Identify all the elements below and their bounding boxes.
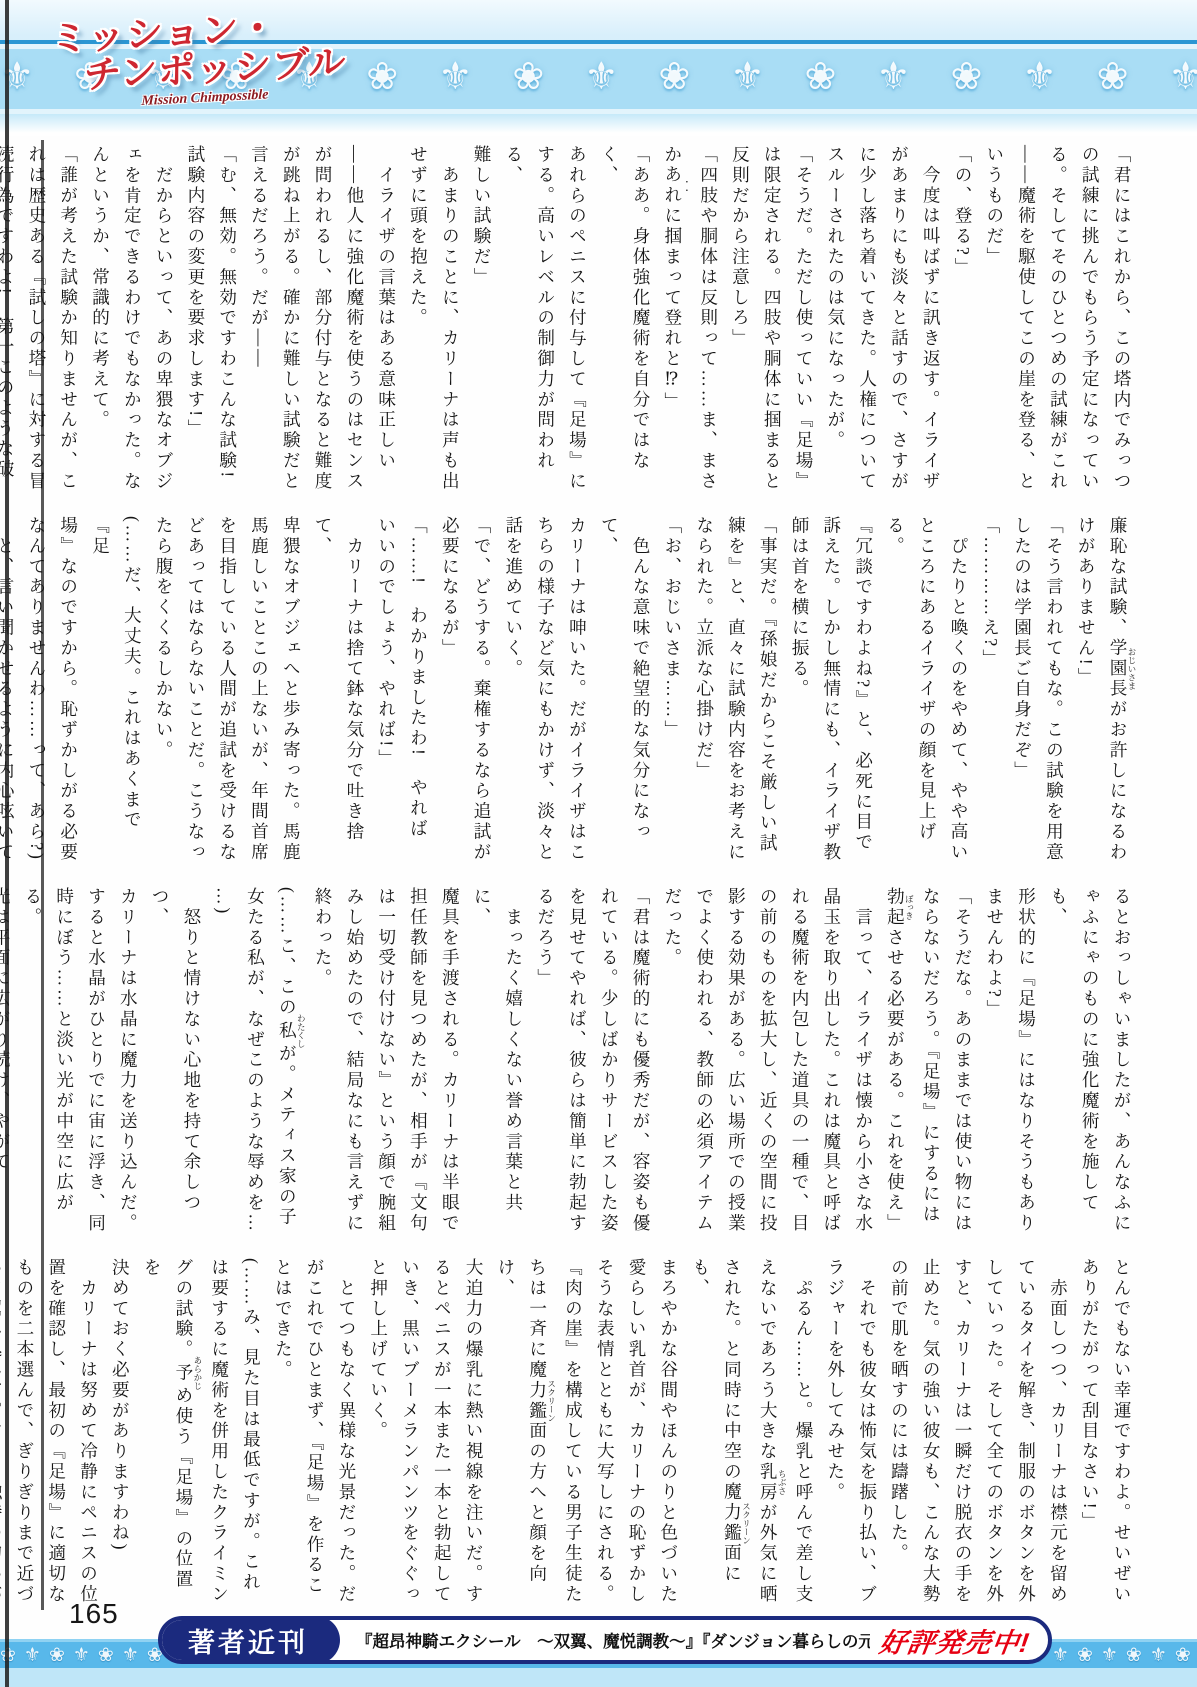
text-column: あれらのペニスに付与して『足場』に [561, 145, 593, 495]
text-column: どあってはならないことだ。こうなっ [179, 516, 211, 866]
text-column: 「む、無効。無効ですわこんな試験! [211, 145, 243, 495]
text-column: えないであろう大きな乳房ちぶさが外気に晒 [751, 1258, 787, 1608]
text-column: ませんわよ?」 [978, 887, 1010, 1237]
text-column: 話を進めていく。 [497, 516, 529, 866]
text-column: 勃起ぼっきさせる必要がある。これを使え」 [879, 887, 915, 1237]
text-column: 怒りと情けない心地を持て余しつつ、 [143, 887, 207, 1237]
text-column: 決めておく必要がありますわね) [104, 1258, 136, 1608]
text-column: があまりにも淡々と話すので、さすが [883, 145, 915, 495]
text-column: 時にぼう……と淡い光が中空に広がる。 [16, 887, 80, 1237]
text-column: 止めた。気の強い彼女も、こんな大勢 [914, 1258, 946, 1608]
text-column: れる魔術を内包した道具の一種で、目 [783, 887, 815, 1237]
text-column: 「君は魔術的にも優秀だが、容姿も優 [624, 887, 656, 1237]
text-column: 赤面しつつ、カリーナは襟元を留め [1042, 1258, 1074, 1608]
text-column: 『肉の崖』を構成している男子生徒た [557, 1258, 589, 1608]
text-column: るとおっしゃいましたが、あんなふに [1105, 887, 1137, 1237]
text-column: なんてありませんわ……って、あら?) [20, 516, 52, 866]
text-column: みし始めたので、結局なにも言えずに [338, 887, 370, 1237]
bottom-strip [0, 1668, 1197, 1687]
text-column: 「四肢や胴体は反則って……ま、まさ [692, 145, 724, 495]
text-column: 今度は叫ばずに訊き返す。イライザ [914, 145, 946, 495]
text-column: とてつもなく異様な光景だった。だ [330, 1258, 362, 1608]
text-column: すると水晶がひとりでに宙に浮き、同 [80, 887, 112, 1237]
text-column: 「ああ。身体強化魔術を自分ではなく、 [592, 145, 656, 495]
scanned-novel-page: ⚜ ❀ ⚜ ❀ ⚜ ❀ ⚜ ❀ ⚜ ❀ ⚜ ❀ ⚜ ❀ ⚜ ❀ ⚜ ❀ ⚜ ❀ … [0, 0, 1197, 1687]
text-column: 反則だから注意しろ」 [724, 145, 756, 495]
text-column: 担任教師を見つめたが、相手が『文句 [402, 887, 434, 1237]
text-column: いいのでしょう、やれば!」 [370, 516, 402, 866]
text-column: 涜行為ですわよ! 第一このような破 [0, 145, 20, 495]
text-column: がこれでひとまず、『足場』を作るこ [298, 1258, 330, 1608]
text-column: ところにあるイライザの顔を見上げる。 [879, 516, 943, 866]
text-column: なられた。立派な心掛けだ」 [688, 516, 720, 866]
text-column: された。と同時に中空の魔力鑑面スクリーンにも、 [684, 1258, 752, 1608]
page-scan-edge [5, 0, 9, 1687]
book-titles: 『超昂神騎エクシール 〜双翼、魔悦調教〜』『ダンジョン暮らしの元勇者』1〜3巻 [340, 1628, 870, 1652]
header-banner: ⚜ ❀ ⚜ ❀ ⚜ ❀ ⚜ ❀ ⚜ ❀ ⚜ ❀ ⚜ ❀ ⚜ ❀ ⚜ ❀ ⚜ ❀ … [0, 0, 1197, 136]
text-column: (……だ、大丈夫。これはあくまで『足 [84, 516, 148, 866]
text-column: 大迫力の爆乳に熱い視線を注いだ。す [457, 1258, 489, 1608]
text-column: ちは一斉に魔力鑑面スクリーンの方へと顔を向け、 [489, 1258, 557, 1608]
text-column: していった。そして全てのボタンを外 [978, 1258, 1010, 1608]
text-column: する。高いレベルの制御力が問われる、 [497, 145, 561, 495]
text-column: を目指している人間が追試を受けるな [211, 516, 243, 866]
text-band-1: 「君にはこれから、この塔内でみっつの試練に挑んでもらう予定になっている。そしてそ… [55, 145, 1137, 495]
text-column: カリーナは呻いた。だがイライザはこ [561, 516, 593, 866]
text-column: 「そう言われてもな。この試験を用意 [1038, 516, 1070, 866]
text-column: 「お、おじいさま……」 [656, 516, 688, 866]
text-column: るとペニスが一本また一本と勃起して [425, 1258, 457, 1608]
text-column: 色んな意味で絶望的な気分になって、 [592, 516, 656, 866]
text-column: とんでもない幸運ですわよ。せいぜい [1105, 1258, 1137, 1608]
text-column: の試練に挑んでもらう予定になってい [1073, 145, 1105, 495]
text-column: 「事実だ。『孫娘だからこそ厳しい試 [751, 516, 783, 866]
text-column: 訴えた。しかし無情にも、イライザ教 [815, 516, 847, 866]
text-column: まろやかな谷間やほんのりと色づいた [652, 1258, 684, 1608]
text-column: 練を』と、直々に試験内容をお考えに [720, 516, 752, 866]
text-column: ぴたりと喚くのをやめて、やや高い [942, 516, 974, 866]
text-column: せずに頭を抱えた。 [402, 145, 434, 495]
text-column: (……み、見た目は最低ですが。これ [235, 1258, 267, 1608]
text-column: ェを肯定できるわけでもなかった。な [116, 145, 148, 495]
text-column: 必要になるが」 [433, 516, 465, 866]
text-column: …) [207, 887, 239, 1237]
text-column: それでも彼女は怖気を振り払い、ブ [851, 1258, 883, 1608]
text-column: に少し落ち着いてきた。人権について [851, 145, 883, 495]
text-column: あまりのことに、カリーナは声も出 [433, 145, 465, 495]
text-column: (……こ、この私わたくしが。メティス家の子 [270, 887, 306, 1237]
logo: ミッション・ チンポッシブル Mission Chimpossible [49, 4, 347, 115]
text-column: 場』なのですから。恥ずかしがる必要 [52, 516, 84, 866]
text-column: 影する効果がある。広い場所での授業 [720, 887, 752, 1237]
text-column: 「で、どうする。棄権するなら追試が [465, 516, 497, 866]
text-column: かあれ・・に掴まって登れと⁉」 [656, 145, 692, 495]
text-column: ゃふにゃのものに強化魔術を施しても、 [1042, 887, 1106, 1237]
text-column: 難しい試験だ」 [465, 145, 497, 495]
text-column: の前で肌を晒すのには躊躇した。 [883, 1258, 915, 1608]
on-sale-badge: 好評発売中! [867, 1621, 1050, 1660]
text-column: 晶玉を取り出した。これは魔具と呼ば [815, 887, 847, 1237]
banner-fade [0, 114, 1197, 136]
text-column: を見せてやれば、彼らは簡単に勃起す [561, 887, 593, 1237]
text-column: イライザの言葉はある意味正しい [370, 145, 402, 495]
text-column: 「そうだな。あのままでは使い物には [946, 887, 978, 1237]
text-column: まったく嬉しくない誉め言葉と共に、 [465, 887, 529, 1237]
text-column: 置を確認し、最初の『足場』に適切な [40, 1258, 72, 1608]
text-band-4: とんでもない幸運ですわよ。せいぜいありがたがって刮目なさい!」 赤面しつつ、カリ… [55, 1258, 1137, 1608]
text-column: 言えるだろう。だが―― [243, 145, 275, 495]
text-column: 試験内容の変更を要求します!」 [179, 145, 211, 495]
text-column: 廉恥な試験、学園長おじいさまがお許しになるわ [1101, 516, 1137, 866]
text-column: カリーナは捨て鉢な気分で吐き捨て、 [306, 516, 370, 866]
text-column: が跳ね上がる。確かに難しい試験だと [274, 145, 306, 495]
text-column: ――他人に強化魔術を使うのはセンス [338, 145, 370, 495]
text-column: 「君にはこれから、この塔内でみっつ [1105, 145, 1137, 495]
text-column: 「…………え?」 [974, 516, 1006, 866]
text-column: 師は首を横に振る。 [783, 516, 815, 866]
text-column: そうな表情とともに大写しにされる。 [588, 1258, 620, 1608]
text-column: 『冗談ですわよね?』と、必死に目で [847, 516, 879, 866]
text-column: スルーされたのは気になったが。 [819, 145, 851, 495]
text-column: は一切受け付けない』という顔で腕組 [370, 887, 402, 1237]
text-column: は限定される。四肢や胴体に掴まると [755, 145, 787, 495]
text-column: 「そうだ。ただし使っていい『足場』 [787, 145, 819, 495]
text-column: ちらの様子など気にもかけず、淡々と [529, 516, 561, 866]
text-column: グの試験。予あらかじめ使う『足場』の位置を [135, 1258, 203, 1608]
text-column: 馬鹿しいことこの上ないが、年間首席 [243, 516, 275, 866]
text-column: したのは学園長ご自身だぞ」 [1006, 516, 1038, 866]
text-column: ぷるん……と。爆乳と呼んで差し支 [787, 1258, 819, 1608]
text-column: ありがたがって刮目なさい!」 [1073, 1258, 1105, 1608]
text-band-2: 廉恥な試験、学園長おじいさまがお許しになるわけがありません!」「そう言われてもな… [55, 516, 1137, 866]
text-column: 終わった。 [306, 887, 338, 1237]
text-column: 形状的に『足場』にはなりそうもあり [1010, 887, 1042, 1237]
text-column: 「……! わかりましたわ! やれば [402, 516, 434, 866]
text-column: るだろう」 [529, 887, 561, 1237]
text-column: ならないだろう。『足場』にするには [914, 887, 946, 1237]
text-column: 「誰が考えた試験か知りませんが、こ [52, 145, 84, 495]
publisher-bar: 著者近刊 『超昂神騎エクシール 〜双翼、魔悦調教〜』『ダンジョン暮らしの元勇者』… [158, 1616, 1052, 1664]
text-column: る。そしてそのひとつめの試練がこれ [1042, 145, 1074, 495]
text-column: 「の、登る?」 [946, 145, 978, 495]
text-column: 愛らしい乳首が、カリーナの恥ずかし [620, 1258, 652, 1608]
text-column: けがありません!」 [1069, 516, 1101, 866]
text-column: いき、黒いブーメランパンツをぐぐっ [394, 1258, 426, 1608]
text-column: カリーナは水晶に魔力を送り込んだ。 [112, 887, 144, 1237]
text-column: と、言い聞かせるように内心呟いて [0, 516, 20, 866]
text-column: の前のものを拡大し、近くの空間に投 [751, 887, 783, 1237]
text-column: ものを二本選んで、ぎりぎりまで近づ [8, 1258, 40, 1608]
text-column: が問われるし、部分付与となると難度 [306, 145, 338, 495]
text-column: 言って、イライザは懐から小さな水 [847, 887, 879, 1237]
text-column: カリーナは努めて冷静にペニスの位 [72, 1258, 104, 1608]
text-column: んというか、常識的に考えて。 [84, 145, 116, 495]
text-column: は要するに魔術を併用したクライミン [203, 1258, 235, 1608]
text-column: ラジャーを外してみせた。 [819, 1258, 851, 1608]
text-column: 魔具を手渡される。カリーナは半眼で [433, 887, 465, 1237]
novel-text: 「君にはこれから、この塔内でみっつの試練に挑んでもらう予定になっている。そしてそ… [55, 145, 1137, 1629]
text-column: すと、カリーナは一瞬だけ脱衣の手を [946, 1258, 978, 1608]
text-band-3: るとおっしゃいましたが、あんなふにゃふにゃのものに強化魔術を施しても、形状的に『… [55, 887, 1137, 1237]
text-column: だからといって、あの卑猥なオブジ [147, 145, 179, 495]
text-column: ――魔術を駆使してこの崖を登る、と [1010, 145, 1042, 495]
text-column: 卑猥なオブジェへと歩み寄った。馬鹿 [274, 516, 306, 866]
text-column: いうものだ」 [978, 145, 1010, 495]
text-column: 女たる私が、なぜこのような辱めを… [239, 887, 271, 1237]
page-number: 165 [69, 1598, 119, 1630]
text-column: と押し上げていく。 [362, 1258, 394, 1608]
text-column: とはできた。 [266, 1258, 298, 1608]
text-column: れている。少しばかりサービスした姿 [592, 887, 624, 1237]
author-recent-works-label: 著者近刊 [158, 1616, 340, 1664]
text-column: でよく使われる、教師の必須アイテム [688, 887, 720, 1237]
text-column: れは歴史ある『試しの塔』に対する冒 [20, 145, 52, 495]
text-column: ているタイを解き、制服のボタンを外 [1010, 1258, 1042, 1608]
text-column: たら腹をくくるしかない。 [147, 516, 179, 866]
text-column: だった。 [656, 887, 688, 1237]
